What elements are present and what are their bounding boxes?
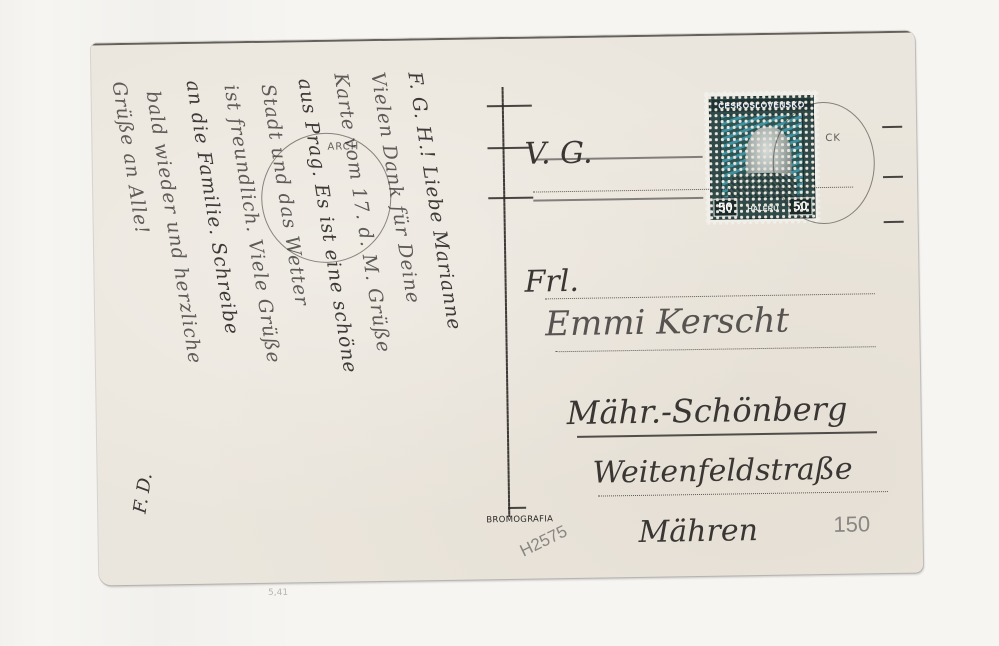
- address-divider-line: [502, 87, 511, 517]
- divider-foot: [508, 507, 526, 509]
- pencil-price: 150: [833, 511, 870, 538]
- stamp-country: ČESKOSLOVENSKO: [712, 98, 811, 112]
- address-city: Mähr.-Schönberg: [566, 390, 847, 432]
- stamp-value-left: 50: [713, 198, 737, 216]
- message-signature: F. D.: [130, 472, 157, 515]
- address-underline: [577, 431, 877, 438]
- address-line: [556, 346, 876, 352]
- postcard: Grüße an Alle! bald wieder und herzliche…: [91, 31, 923, 586]
- address-name: Emmi Kerscht: [545, 301, 790, 345]
- address-line: [598, 491, 888, 497]
- address-title: Frl.: [524, 264, 579, 300]
- cancel-bar: [882, 126, 902, 128]
- postmark-text: ARCH: [327, 141, 359, 152]
- address-country-line: Mähren: [638, 513, 758, 550]
- right-circular-postmark: CK: [772, 101, 876, 225]
- cancel-bar: [487, 105, 532, 108]
- below-card-mark: 5,41: [268, 588, 288, 598]
- pencil-catalog-number: H2575: [517, 522, 571, 562]
- address-salutation: V. G.: [524, 136, 592, 172]
- cancel-bar: [488, 197, 533, 200]
- address-street: Weitenfeldstraße: [592, 452, 853, 491]
- printer-imprint: BROMOGRAFIA: [486, 514, 553, 525]
- postmark-text: CK: [825, 133, 841, 144]
- cancel-bar: [883, 176, 903, 178]
- cancel-bar: [533, 197, 703, 202]
- handwritten-message: Grüße an Alle! bald wieder und herzliche…: [101, 57, 504, 553]
- cancel-bar: [884, 221, 904, 223]
- address-line: [545, 293, 875, 299]
- stamp-unit: HALÉŘŮ: [739, 203, 786, 215]
